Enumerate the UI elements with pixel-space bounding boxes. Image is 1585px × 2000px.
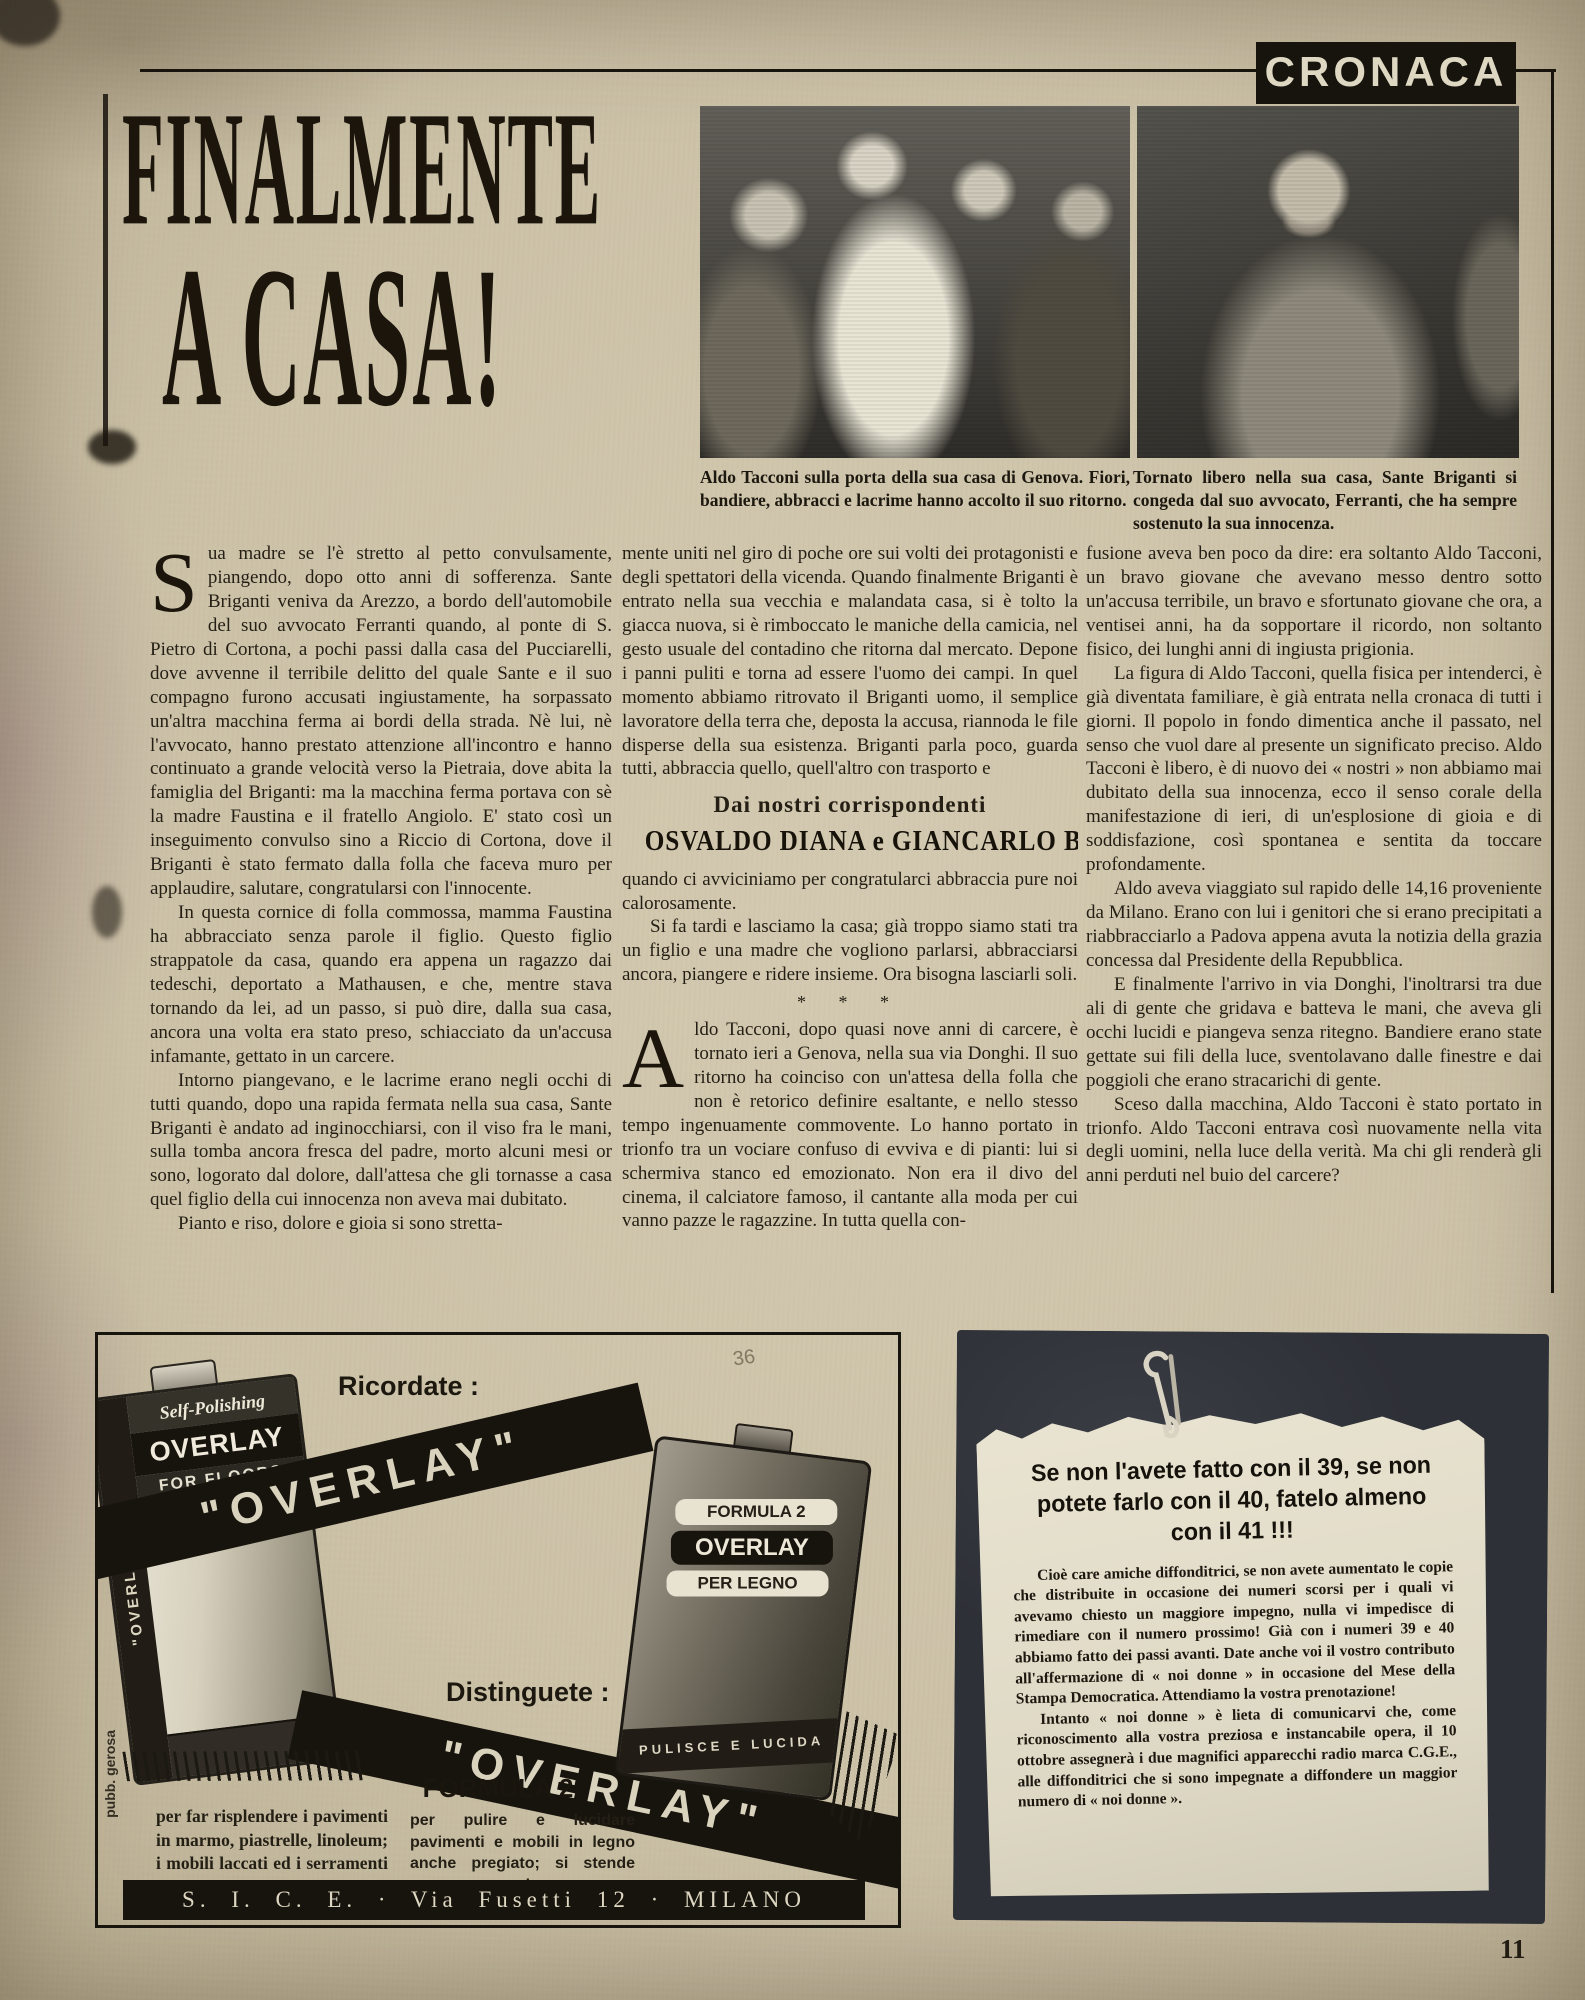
paragraph: In questa cornice di folla commossa, mam…: [150, 901, 612, 1069]
right-column-rule: [1551, 69, 1554, 1293]
paragraph: Sua madre se l'è stretto al petto convul…: [150, 542, 612, 901]
ad-agency-credit: pubb. gerosa: [102, 1730, 118, 1818]
paragraph: Aldo aveva viaggiato sul rapido delle 14…: [1086, 877, 1542, 973]
can-brand-label: OVERLAY: [671, 1531, 833, 1565]
formula2-heading: FORMULA 2: [378, 1773, 618, 1804]
note-paragraph: Intanto « noi donne » è lieta di comunic…: [1016, 1701, 1458, 1813]
paragraph: Sceso dalla macchina, Aldo Tacconi è sta…: [1086, 1093, 1542, 1189]
paragraph: Intorno piangevano, e le lacrime erano n…: [150, 1069, 612, 1213]
photo-sante-briganti-home: [1137, 106, 1519, 458]
left-margin-rule: [103, 94, 108, 446]
ink-stain: [88, 430, 136, 464]
headline-line-2: A CASA!: [162, 222, 503, 452]
header-rule: [140, 69, 1256, 72]
section-label: CRONACA: [1256, 42, 1516, 104]
article-column-2: mente uniti nel giro di poche ore sui vo…: [622, 542, 1078, 1300]
paragraph: E finalmente l'arrivo in via Donghi, l'i…: [1086, 973, 1542, 1093]
ink-stain: [92, 886, 122, 938]
can-body: FORMULA 2 OVERLAY PER LEGNO PULISCE E LU…: [614, 1435, 872, 1801]
overlay-advertisement: 36 "OVERLAY" Self-Polishing OVERLAY FOR …: [95, 1332, 901, 1928]
paragraph: Si fa tardi e lasciamo la casa; già trop…: [622, 915, 1078, 987]
overlay-wood-can: FORMULA 2 OVERLAY PER LEGNO PULISCE E LU…: [615, 1413, 869, 1794]
paragraph-text: ua madre se l'è stretto al petto convuls…: [150, 543, 612, 899]
can-variant-label: PER LEGNO: [667, 1571, 829, 1597]
correspondents-names: OSVALDO DIANA e GIANCARLO BARONE: [645, 824, 1055, 859]
header-bracket: [1516, 69, 1556, 72]
paragraph: fusione aveva ben poco da dire: era solt…: [1086, 542, 1542, 662]
photo-caption-right: Tornato libero nella sua casa, Sante Bri…: [1133, 466, 1517, 534]
article-column-1: Sua madre se l'è stretto al petto convul…: [150, 542, 612, 1300]
correspondents-kicker: Dai nostri corrispondenti: [622, 791, 1078, 820]
can-label-stack: FORMULA 2 OVERLAY PER LEGNO: [641, 1486, 863, 1609]
section-break-stars: * * *: [622, 991, 1078, 1014]
paragraph: Pianto e riso, dolore e gioia si sono st…: [150, 1212, 612, 1236]
page-number: 11: [1500, 1934, 1526, 1965]
can-diagonal-band: PULISCE E LUCIDA: [614, 1717, 862, 1775]
ink-stain: [0, 0, 60, 46]
distinguish-label: Distinguete :: [446, 1677, 610, 1708]
correspondents-block: Dai nostri corrispondenti OSVALDO DIANA …: [622, 791, 1078, 859]
noidonne-notice: Se non l'avete fatto con il 39, se non p…: [953, 1330, 1549, 1924]
magazine-page: CRONACA FINALMENTE A CASA! Aldo Tacconi …: [0, 0, 1585, 2000]
photo-aldo-tacconi-doorway: [700, 106, 1130, 458]
dropcap-a: A: [622, 1018, 694, 1091]
photo-caption-left: Aldo Tacconi sulla porta della sua casa …: [700, 466, 1130, 512]
can-formula-label: FORMULA 2: [675, 1499, 837, 1525]
article-column-3: fusione aveva ben poco da dire: era solt…: [1086, 542, 1542, 1300]
paragraph: Aldo Tacconi, dopo quasi nove anni di ca…: [622, 1018, 1078, 1233]
pencil-mark: 36: [732, 1346, 757, 1372]
note-paragraph: Cioè care amiche diffonditrici, se non a…: [1013, 1557, 1456, 1710]
note-headline: Se non l'avete fatto con il 39, se non p…: [1017, 1449, 1446, 1551]
dropcap-s: S: [150, 542, 208, 615]
paragraph: quando ci avviciniamo per congratularci …: [622, 868, 1078, 916]
paragraph: mente uniti nel giro di poche ore sui vo…: [622, 542, 1078, 781]
pinned-note: Se non l'avete fatto con il 39, se non p…: [976, 1405, 1494, 1902]
remember-label: Ricordate :: [338, 1371, 479, 1402]
advertiser-address-bar: S. I. C. E. · Via Fusetti 12 · MILANO: [123, 1880, 865, 1920]
paragraph: La figura di Aldo Tacconi, quella fisica…: [1086, 662, 1542, 877]
